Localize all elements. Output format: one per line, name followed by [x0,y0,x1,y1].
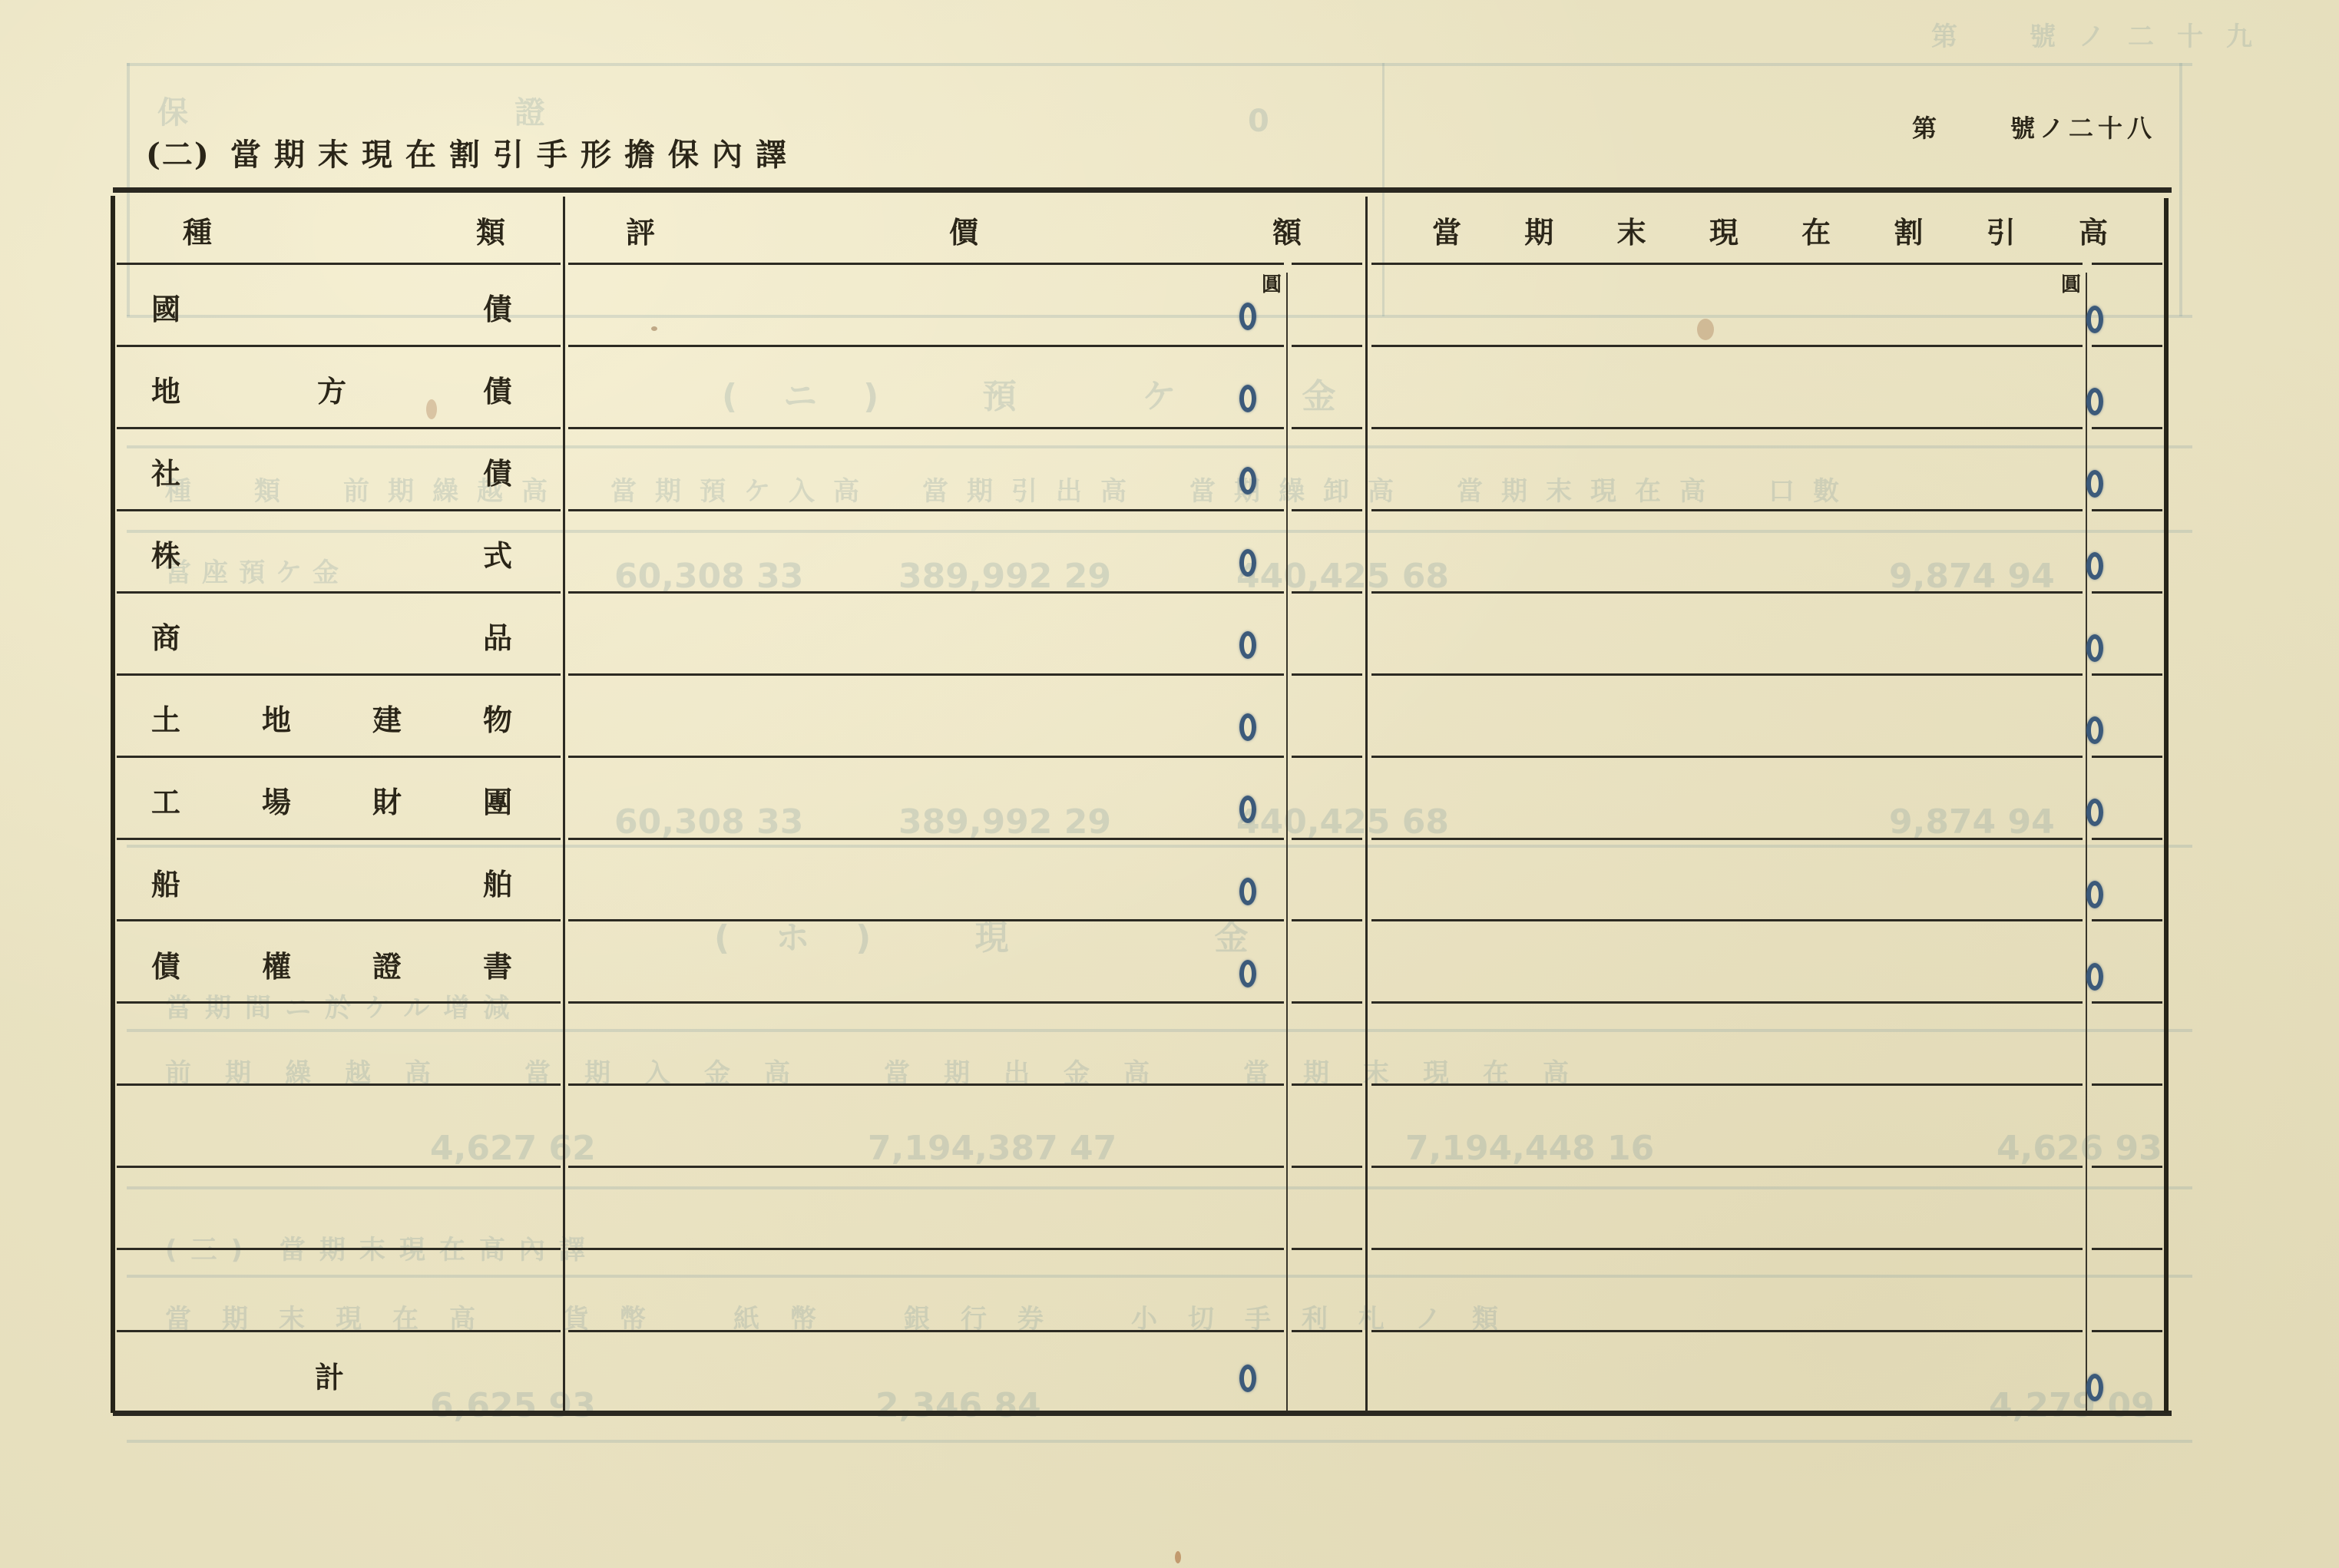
page-number-suffix: 號ノ二十八 [2010,109,2156,144]
row-line [1292,1083,1362,1086]
row-label: 土地建物 [151,696,512,739]
row-line [568,591,1284,594]
row-label: 債權證書 [151,943,512,985]
valuation-value: 0 [1239,303,1256,330]
row-line [2092,591,2162,594]
row-line [2092,509,2162,511]
discount-balance-value: 0 [2086,716,2103,744]
valuation-value: 0 [1239,878,1256,905]
valuation-value: 0 [1239,796,1256,823]
discount-balance-value: 0 [2086,963,2103,991]
page-number-prefix: 第 [1912,109,1937,144]
discount-balance-value: 0 [2086,1374,2103,1401]
row-line [1371,919,2083,921]
unit-label-discount: 圓 [2061,269,2081,297]
row-line [2092,263,2162,265]
row-line [1371,345,2083,347]
row-line [2092,756,2162,758]
row-line [568,345,1284,347]
row-line [1292,345,1362,347]
row-line [1292,1001,1362,1004]
section-title-text: 當期末現在割引手形擔保內譯 [230,137,799,173]
discount-balance-value: 0 [2086,552,2103,580]
valuation-value: 0 [1239,631,1256,659]
row-line [568,1330,1284,1332]
row-line [1292,1330,1362,1332]
row-label: 社債 [151,450,512,492]
row-line [1371,427,2083,429]
row-line [2092,345,2162,347]
row-line [2092,1166,2162,1168]
row-line [568,1166,1284,1168]
row-line [1371,1083,2083,1086]
row-line [2092,919,2162,921]
row-line [117,838,561,840]
row-line [1371,263,2083,265]
row-line [2092,1330,2162,1332]
row-line [117,509,561,511]
row-line [1292,756,1362,758]
row-line [117,263,561,265]
row-label: 地方債 [151,368,512,410]
row-line [1371,1248,2083,1250]
row-line [1371,838,2083,840]
row-label: 船舶 [151,861,512,903]
row-label: 株式 [151,532,512,574]
yen-divider-valuation [1286,273,1288,1411]
row-line [1371,509,2083,511]
row-line [2092,673,2162,676]
row-line [117,919,561,921]
row-line [1292,1166,1362,1168]
row-line [2092,1248,2162,1250]
valuation-value: 0 [1239,467,1256,495]
row-label: 工場財團 [151,779,512,821]
row-line [2092,838,2162,840]
row-line [117,1248,561,1250]
valuation-value: 0 [1239,960,1256,987]
row-line [568,838,1284,840]
row-line [117,1330,561,1332]
section-number: (二) [146,137,210,173]
row-line [117,673,561,676]
row-line [568,673,1284,676]
header-valuation: 評 價 額 [626,209,1302,251]
row-line [568,1248,1284,1250]
row-line [117,1001,561,1004]
valuation-value: 0 [1239,713,1256,741]
row-line [1292,591,1362,594]
header-discount-balance: 當 期 末 現 在 割 引 高 [1432,209,2108,251]
row-line [1292,427,1362,429]
row-line [1371,1330,2083,1332]
discount-balance-value: 0 [2086,634,2103,662]
valuation-value: 0 [1239,549,1256,577]
discount-balance-value: 0 [2086,799,2103,826]
row-line [1292,1248,1362,1250]
table-top-border [113,187,2172,193]
row-line [568,919,1284,921]
table-bottom-border [113,1411,2172,1416]
row-line [117,1083,561,1086]
row-line [1292,838,1362,840]
row-line [1371,591,2083,594]
discount-balance-value: 0 [2086,470,2103,498]
row-line [568,756,1284,758]
discount-balance-value: 0 [2086,388,2103,415]
row-line [1371,1166,2083,1168]
unit-label-valuation: 圓 [1262,269,1282,297]
column-divider-valuation [1365,197,1368,1411]
header-type: 種 類 [183,209,505,251]
row-line [1292,673,1362,676]
row-line [117,1166,561,1168]
row-line [117,345,561,347]
row-label: 商品 [151,614,512,657]
section-title: (二)當期末現在割引手形擔保內譯 [146,131,799,174]
row-line [2092,1083,2162,1086]
table-right-border [2164,198,2169,1413]
total-label: 計 [315,1354,361,1396]
row-line [1292,509,1362,511]
row-line [2092,1001,2162,1004]
row-line [568,427,1284,429]
row-line [1371,673,2083,676]
row-line [568,1083,1284,1086]
row-line [1371,1001,2083,1004]
table-left-border [111,196,115,1413]
row-line [2092,427,2162,429]
row-line [1371,756,2083,758]
row-label: 國債 [151,286,512,328]
row-line [1292,919,1362,921]
discount-balance-value: 0 [2086,306,2103,333]
row-line [568,1001,1284,1004]
row-line [568,263,1284,265]
valuation-value: 0 [1239,385,1256,412]
yen-divider-discount [2086,273,2087,1411]
row-line [117,427,561,429]
column-divider-type [563,197,565,1411]
valuation-value: 0 [1239,1365,1256,1392]
row-line [568,509,1284,511]
discount-balance-value: 0 [2086,881,2103,908]
row-line [117,756,561,758]
row-line [117,591,561,594]
row-line [1292,263,1362,265]
